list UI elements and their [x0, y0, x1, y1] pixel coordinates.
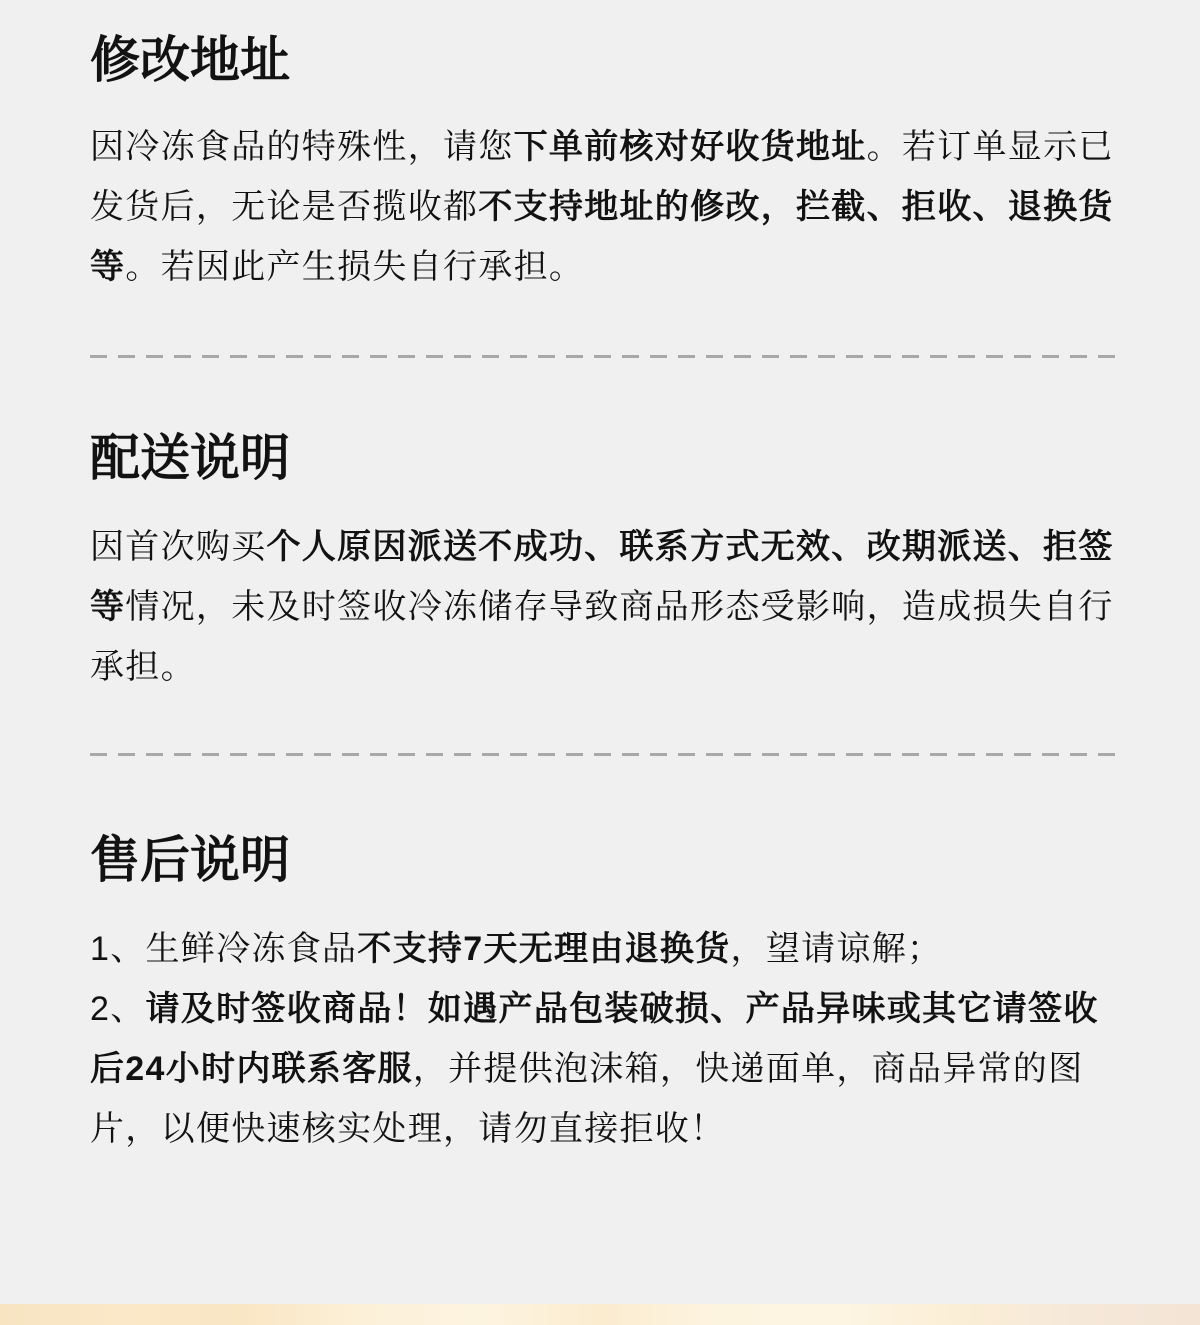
section-paragraphs: 1、生鲜冷冻食品不支持7天无理由退换货，望请谅解；2、请及时签收商品！如遇产品包…	[90, 919, 1120, 1159]
section-title: 配送说明	[90, 428, 1120, 488]
emphasis-text-run: 不支持7天无理由退换货	[357, 930, 730, 968]
section-title: 售后说明	[90, 830, 1120, 890]
text-run: 。若因此产生损失自行承担。	[125, 248, 584, 286]
section-modify-address: 修改地址 因冷冻食品的特殊性，请您下单前核对好收货地址。若订单显示已发货后，无论…	[90, 30, 1120, 297]
section-delivery-notes: 配送说明 因首次购买个人原因派送不成功、联系方式无效、改期派送、拒签等情况，未及…	[90, 428, 1120, 697]
text-run: 情况，未及时签收冷冻储存导致商品形态受影响，造成损失自行承担。	[90, 588, 1114, 686]
section-paragraphs: 因首次购买个人原因派送不成功、联系方式无效、改期派送、拒签等情况，未及时签收冷冻…	[90, 517, 1120, 697]
product-policy-page: { "theme": { "background": "#f0f0f0", "t…	[0, 0, 1200, 1325]
section-paragraphs: 因冷冻食品的特殊性，请您下单前核对好收货地址。若订单显示已发货后，无论是否揽收都…	[90, 117, 1120, 297]
dashed-divider	[90, 355, 1120, 358]
section-after-sales-notes: 售后说明 1、生鲜冷冻食品不支持7天无理由退换货，望请谅解；2、请及时签收商品！…	[90, 830, 1120, 1159]
text-run: 1、生鲜冷冻食品	[90, 930, 357, 968]
paragraph: 因首次购买个人原因派送不成功、联系方式无效、改期派送、拒签等情况，未及时签收冷冻…	[90, 517, 1120, 697]
text-run: 因首次购买	[90, 528, 267, 566]
emphasis-text-run: 下单前核对好收货地址	[514, 128, 867, 166]
dashed-divider	[90, 753, 1120, 756]
text-run: 2、	[90, 990, 146, 1028]
text-run: 因冷冻食品的特殊性，请您	[90, 128, 514, 166]
next-section-image-strip	[0, 1304, 1200, 1325]
policy-content: 修改地址 因冷冻食品的特殊性，请您下单前核对好收货地址。若订单显示已发货后，无论…	[0, 0, 1200, 1159]
section-title: 修改地址	[90, 30, 1120, 90]
text-run: ，望请谅解；	[731, 930, 943, 968]
paragraph: 因冷冻食品的特殊性，请您下单前核对好收货地址。若订单显示已发货后，无论是否揽收都…	[90, 117, 1120, 297]
paragraph: 1、生鲜冷冻食品不支持7天无理由退换货，望请谅解；	[90, 919, 1120, 979]
paragraph: 2、请及时签收商品！如遇产品包装破损、产品异味或其它请签收后24小时内联系客服，…	[90, 979, 1120, 1159]
